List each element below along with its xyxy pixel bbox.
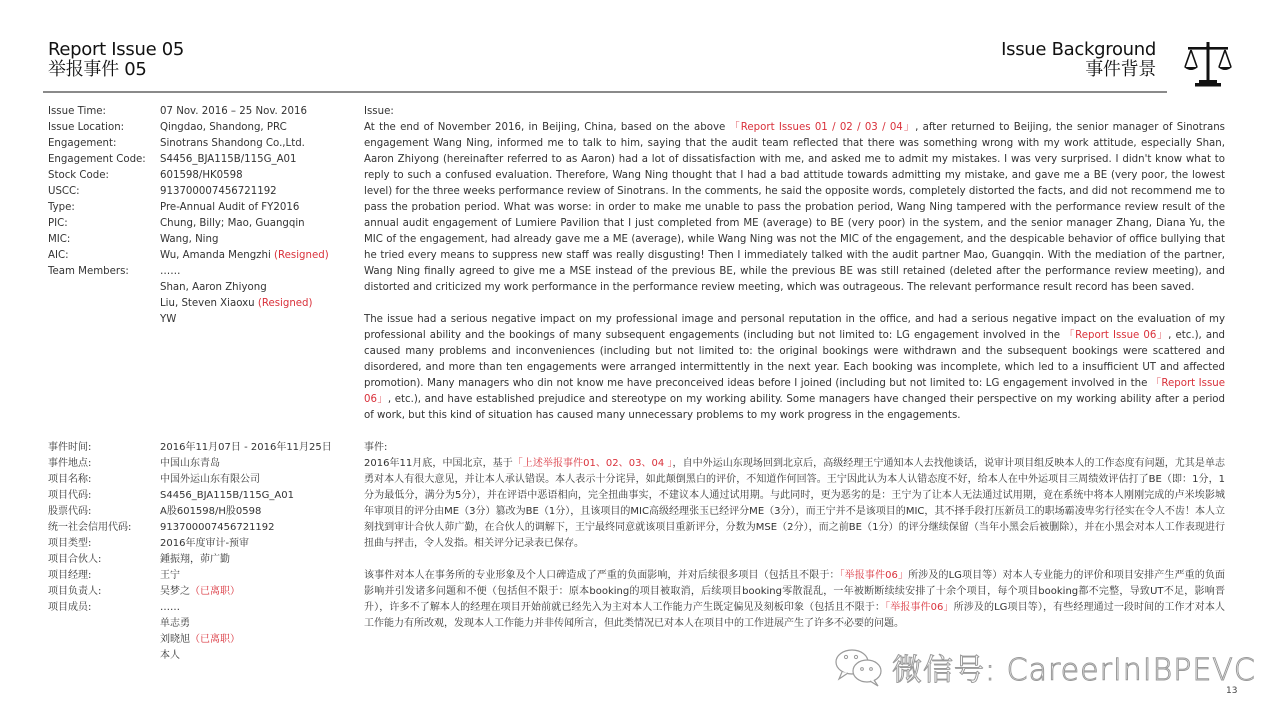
info-value: 913700007456721192 bbox=[160, 520, 275, 536]
spacer bbox=[364, 296, 1225, 312]
info-value: Chung, Billy; Mao, Guangqin bbox=[160, 216, 305, 232]
section-title-cn: 事件背景 bbox=[1001, 60, 1156, 80]
issue-paragraph-2: 该事件对本人在事务所的专业形象及个人口碑造成了严重的负面影响，并对后续很多项目（… bbox=[364, 568, 1225, 632]
info-value: Liu, Steven Xiaoxu (Resigned) bbox=[160, 296, 313, 312]
info-label: USCC: bbox=[48, 184, 160, 200]
report-title: Report Issue 05 举报事件 05 bbox=[48, 40, 184, 80]
paragraph-text: , etc.), and have established prejudice … bbox=[364, 394, 1225, 421]
report-reference: 「举报事件06」 bbox=[840, 570, 909, 581]
info-label: 股票代码: bbox=[48, 504, 160, 520]
info-value: 07 Nov. 2016 – 25 Nov. 2016 bbox=[160, 104, 307, 120]
info-label: MIC: bbox=[48, 232, 160, 248]
info-label: 项目名称: bbox=[48, 472, 160, 488]
resigned-note: (Resigned) bbox=[258, 298, 313, 309]
info-value-text: Wu, Amanda Mengzhi bbox=[160, 250, 274, 261]
info-label: 项目代码: bbox=[48, 488, 160, 504]
issue-description-en: Issue: At the end of November 2016, in B… bbox=[364, 104, 1225, 424]
info-label: Engagement Code: bbox=[48, 152, 160, 168]
info-row: 单志勇 bbox=[48, 616, 332, 632]
info-row: 项目成员:…… bbox=[48, 600, 332, 616]
info-label: Type: bbox=[48, 200, 160, 216]
info-row: 统一社会信用代码:913700007456721192 bbox=[48, 520, 332, 536]
info-value: 单志勇 bbox=[160, 616, 190, 632]
info-row: 项目负责人:吴梦之（已离职） bbox=[48, 584, 332, 600]
info-value: 913700007456721192 bbox=[160, 184, 277, 200]
info-label: Issue Time: bbox=[48, 104, 160, 120]
info-label bbox=[48, 296, 160, 312]
info-value: S4456_BJA115B/115G_A01 bbox=[160, 152, 297, 168]
info-row: YW bbox=[48, 312, 329, 328]
info-value: …… bbox=[160, 600, 180, 616]
info-value: 中国山东青岛 bbox=[160, 456, 220, 472]
info-label: 项目合伙人: bbox=[48, 552, 160, 568]
resigned-note: （已离职） bbox=[190, 586, 240, 597]
info-row: Issue Location:Qingdao, Shandong, PRC bbox=[48, 120, 329, 136]
scale-of-justice-icon bbox=[1182, 40, 1234, 88]
info-value: S4456_BJA115B/115G_A01 bbox=[160, 488, 294, 504]
info-value: 王宁 bbox=[160, 568, 180, 584]
info-row: 股票代码:A股601598/H股0598 bbox=[48, 504, 332, 520]
info-value: Sinotrans Shandong Co.,Ltd. bbox=[160, 136, 305, 152]
info-value: 吴梦之（已离职） bbox=[160, 584, 240, 600]
info-row: Team Members:…… bbox=[48, 264, 329, 280]
info-value: 刘晓旭（已离职） bbox=[160, 632, 240, 648]
info-value: YW bbox=[160, 312, 176, 328]
info-label bbox=[48, 312, 160, 328]
paragraph-text: 该事件对本人在事务所的专业形象及个人口碑造成了严重的负面影响，并对后续很多项目（… bbox=[364, 570, 840, 581]
info-row: MIC:Wang, Ning bbox=[48, 232, 329, 248]
report-title-cn: 举报事件 05 bbox=[48, 60, 184, 80]
info-row: Engagement Code:S4456_BJA115B/115G_A01 bbox=[48, 152, 329, 168]
info-label bbox=[48, 648, 160, 664]
info-row: USCC:913700007456721192 bbox=[48, 184, 329, 200]
info-value: 2016年度审计-预审 bbox=[160, 536, 249, 552]
info-label: Engagement: bbox=[48, 136, 160, 152]
resigned-note: （已离职） bbox=[190, 634, 240, 645]
info-label: AIC: bbox=[48, 248, 160, 264]
report-reference: 「举报事件06」 bbox=[885, 602, 954, 613]
info-value-text: Liu, Steven Xiaoxu bbox=[160, 298, 258, 309]
info-row: 项目经理:王宁 bbox=[48, 568, 332, 584]
report-reference: 「Report Issues 01 / 02 / 03 / 04」 bbox=[730, 122, 916, 133]
info-row: 事件地点:中国山东青岛 bbox=[48, 456, 332, 472]
info-value: 鍾振翔，茆广勤 bbox=[160, 552, 230, 568]
info-value: 本人 bbox=[160, 648, 180, 664]
header-divider-left bbox=[43, 91, 265, 93]
issue-info-en: Issue Time:07 Nov. 2016 – 25 Nov. 2016 I… bbox=[48, 104, 329, 328]
info-row: 刘晓旭（已离职） bbox=[48, 632, 332, 648]
info-row: Shan, Aaron Zhiyong bbox=[48, 280, 329, 296]
paragraph-text: 2016年11月底，中国北京，基于 bbox=[364, 458, 513, 469]
issue-paragraph-2: The issue had a serious negative impact … bbox=[364, 312, 1225, 424]
report-reference: 「Report Issue 06」 bbox=[1064, 330, 1168, 341]
info-value: Wu, Amanda Mengzhi (Resigned) bbox=[160, 248, 329, 264]
info-value: Pre-Annual Audit of FY2016 bbox=[160, 200, 299, 216]
info-row: 项目代码:S4456_BJA115B/115G_A01 bbox=[48, 488, 332, 504]
info-row: 本人 bbox=[48, 648, 332, 664]
info-label: PIC: bbox=[48, 216, 160, 232]
info-value: Wang, Ning bbox=[160, 232, 218, 248]
info-row: 事件时间:2016年11月07日 - 2016年11月25日 bbox=[48, 440, 332, 456]
info-value-text: 吴梦之 bbox=[160, 586, 190, 597]
issue-heading: 事件: bbox=[364, 440, 1225, 456]
report-reference: 「上述举报事件01、02、03、04 」 bbox=[513, 458, 673, 469]
page-number: 13 bbox=[1226, 686, 1237, 696]
info-label: 项目类型: bbox=[48, 536, 160, 552]
issue-heading: Issue: bbox=[364, 104, 1225, 120]
info-label: 项目经理: bbox=[48, 568, 160, 584]
watermark-text: 微信号: CareerInIBPEVC bbox=[892, 645, 1256, 689]
info-value: Shan, Aaron Zhiyong bbox=[160, 280, 267, 296]
info-label: 项目成员: bbox=[48, 600, 160, 616]
spacer bbox=[364, 552, 1225, 568]
info-row: 项目名称:中国外运山东有限公司 bbox=[48, 472, 332, 488]
info-value: 601598/HK0598 bbox=[160, 168, 243, 184]
paragraph-text: ，自中外运山东现场回到北京后，高级经理王宁通知本人去找他谈话，说审计项目组反映本… bbox=[364, 458, 1225, 549]
info-row: 项目合伙人:鍾振翔，茆广勤 bbox=[48, 552, 332, 568]
wechat-watermark: 微信号: CareerInIBPEVC bbox=[834, 645, 1256, 689]
info-label: Team Members: bbox=[48, 264, 160, 280]
issue-paragraph-1: 2016年11月底，中国北京，基于「上述举报事件01、02、03、04 」，自中… bbox=[364, 456, 1225, 552]
info-value: Qingdao, Shandong, PRC bbox=[160, 120, 287, 136]
info-row: Stock Code:601598/HK0598 bbox=[48, 168, 329, 184]
info-value-text: 刘晓旭 bbox=[160, 634, 190, 645]
info-label: 统一社会信用代码: bbox=[48, 520, 160, 536]
section-title-en: Issue Background bbox=[1001, 40, 1156, 60]
info-row: Type:Pre-Annual Audit of FY2016 bbox=[48, 200, 329, 216]
info-label: Issue Location: bbox=[48, 120, 160, 136]
info-label: 事件地点: bbox=[48, 456, 160, 472]
info-row: AIC:Wu, Amanda Mengzhi (Resigned) bbox=[48, 248, 329, 264]
section-title: Issue Background 事件背景 bbox=[1001, 40, 1156, 80]
info-label: 项目负责人: bbox=[48, 584, 160, 600]
info-value: 中国外运山东有限公司 bbox=[160, 472, 260, 488]
report-title-en: Report Issue 05 bbox=[48, 40, 184, 60]
info-row: 项目类型:2016年度审计-预审 bbox=[48, 536, 332, 552]
info-value: …… bbox=[160, 264, 180, 280]
issue-description-cn: 事件: 2016年11月底，中国北京，基于「上述举报事件01、02、03、04 … bbox=[364, 440, 1225, 632]
resigned-note: (Resigned) bbox=[274, 250, 329, 261]
paragraph-text: At the end of November 2016, in Beijing,… bbox=[364, 122, 730, 133]
header-divider-right bbox=[265, 91, 1167, 93]
info-value: A股601598/H股0598 bbox=[160, 504, 261, 520]
info-label: 事件时间: bbox=[48, 440, 160, 456]
info-label bbox=[48, 616, 160, 632]
info-row: Engagement:Sinotrans Shandong Co.,Ltd. bbox=[48, 136, 329, 152]
info-label: Stock Code: bbox=[48, 168, 160, 184]
info-value: 2016年11月07日 - 2016年11月25日 bbox=[160, 440, 332, 456]
info-row: Liu, Steven Xiaoxu (Resigned) bbox=[48, 296, 329, 312]
info-row: Issue Time:07 Nov. 2016 – 25 Nov. 2016 bbox=[48, 104, 329, 120]
wechat-icon bbox=[834, 646, 886, 688]
info-label bbox=[48, 632, 160, 648]
issue-paragraph-1: At the end of November 2016, in Beijing,… bbox=[364, 120, 1225, 296]
issue-info-cn: 事件时间:2016年11月07日 - 2016年11月25日 事件地点:中国山东… bbox=[48, 440, 332, 664]
info-label bbox=[48, 280, 160, 296]
paragraph-text: , after returned to Beijing, the senior … bbox=[364, 122, 1225, 293]
info-row: PIC:Chung, Billy; Mao, Guangqin bbox=[48, 216, 329, 232]
